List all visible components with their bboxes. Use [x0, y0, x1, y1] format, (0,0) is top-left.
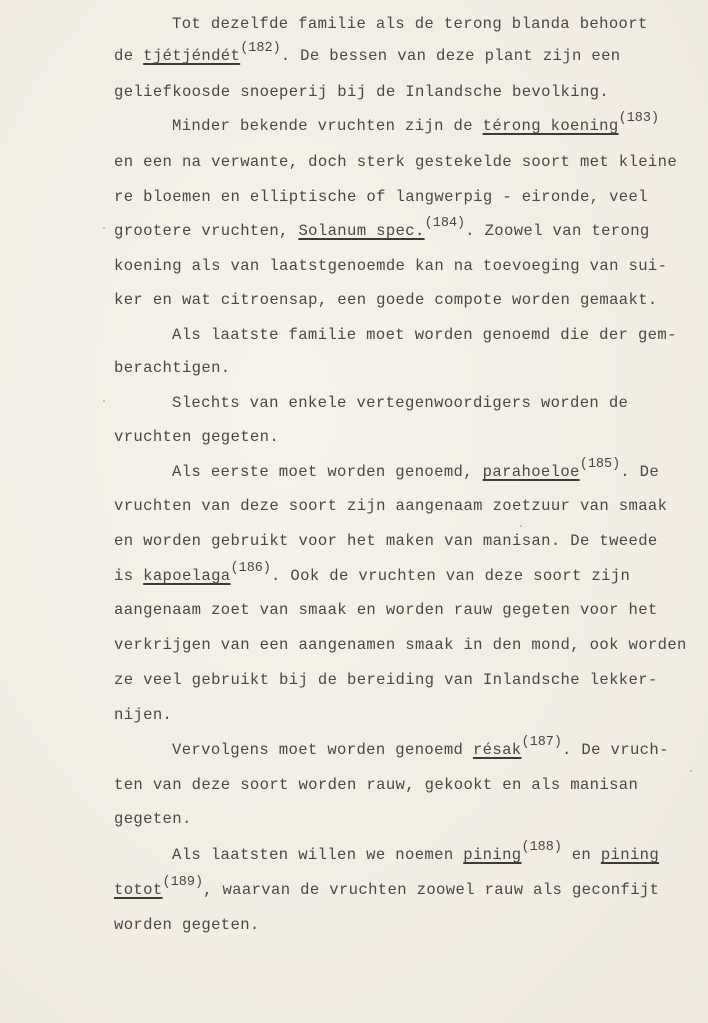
text-line: Als laatste familie moet worden genoemd … — [172, 325, 677, 345]
footnote-reference: (186) — [231, 561, 272, 576]
footnote-reference: (184) — [425, 216, 466, 231]
footnote-reference: (185) — [580, 457, 621, 472]
underlined-term: kapoelaga — [143, 567, 230, 585]
text-run: . De — [620, 463, 659, 481]
text-line: grootere vruchten, Solanum spec.(184). Z… — [114, 221, 650, 241]
text-line: ten van deze soort worden rauw, gekookt … — [114, 775, 638, 795]
text-line: Vervolgens moet worden genoemd résak(187… — [172, 740, 669, 760]
text-run: . De vruch- — [562, 741, 669, 759]
underlined-term: térong koening — [483, 117, 619, 135]
text-run: Slechts van enkele vertegenwoordigers wo… — [172, 394, 628, 412]
text-run: Als eerste moet worden genoemd, — [172, 463, 483, 481]
text-run: vruchten gegeten. — [114, 428, 279, 446]
typewritten-page: Tot dezelfde familie als de terong bland… — [0, 0, 708, 1023]
text-run: aangenaam zoet van smaak en worden rauw … — [114, 601, 658, 619]
text-line: geliefkoosde snoeperij bij de Inlandsche… — [114, 82, 609, 102]
text-run: ten van deze soort worden rauw, gekookt … — [114, 776, 638, 794]
paper-speck — [690, 770, 692, 772]
text-line: Minder bekende vruchten zijn de térong k… — [172, 116, 659, 136]
text-line: Als eerste moet worden genoemd, parahoel… — [172, 462, 659, 482]
text-line: vruchten van deze soort zijn aangenaam z… — [114, 496, 667, 516]
text-run: . De bessen van deze plant zijn een — [281, 47, 621, 65]
text-line: re bloemen en elliptische of langwerpig … — [114, 187, 648, 207]
text-line: Tot dezelfde familie als de terong bland… — [172, 14, 648, 34]
text-run: re bloemen en elliptische of langwerpig … — [114, 188, 648, 206]
footnote-reference: (183) — [619, 111, 660, 126]
footnote-reference: (188) — [521, 840, 562, 855]
text-run: Minder bekende vruchten zijn de — [172, 117, 483, 135]
text-run: is — [114, 567, 143, 585]
text-line: Als laatsten willen we noemen pining(188… — [172, 845, 659, 865]
text-line: gegeten. — [114, 809, 192, 829]
text-run: Als laatste familie moet worden genoemd … — [172, 326, 677, 344]
text-run: Vervolgens moet worden genoemd — [172, 741, 473, 759]
underlined-term: pining — [601, 846, 659, 864]
paper-speck — [103, 400, 105, 402]
text-run: en worden gebruikt voor het maken van ma… — [114, 532, 658, 550]
paper-speck — [103, 227, 105, 229]
text-run: en een na verwante, doch sterk gestekeld… — [114, 153, 677, 171]
text-run: gegeten. — [114, 810, 192, 828]
text-run: verkrijgen van een aangenamen smaak in d… — [114, 636, 687, 654]
text-line: de tjétjéndét(182). De bessen van deze p… — [114, 46, 621, 66]
text-line: Slechts van enkele vertegenwoordigers wo… — [172, 393, 628, 413]
text-run: ze veel gebruikt bij de bereiding van In… — [114, 671, 658, 689]
text-run: , waarvan de vruchten zoowel rauw als ge… — [203, 881, 659, 899]
text-line: en worden gebruikt voor het maken van ma… — [114, 531, 658, 551]
underlined-term: pining — [463, 846, 521, 864]
text-line: en een na verwante, doch sterk gestekeld… — [114, 152, 677, 172]
text-line: vruchten gegeten. — [114, 427, 279, 447]
text-line: nijen. — [114, 705, 172, 725]
text-run: koening als van laatstgenoemde kan na to… — [114, 257, 667, 275]
text-line: ze veel gebruikt bij de bereiding van In… — [114, 670, 658, 690]
footnote-reference: (189) — [163, 875, 204, 890]
text-line: koening als van laatstgenoemde kan na to… — [114, 256, 667, 276]
text-run: Als laatsten willen we noemen — [172, 846, 463, 864]
text-line: berachtigen. — [114, 358, 231, 378]
underlined-term: résak — [473, 741, 522, 759]
text-run: . Zoowel van terong — [465, 222, 649, 240]
text-line: ker en wat citroensap, een goede compote… — [114, 290, 658, 310]
underlined-term: parahoeloe — [483, 463, 580, 481]
text-line: worden gegeten. — [114, 915, 260, 935]
text-run: Tot dezelfde familie als de terong bland… — [172, 15, 648, 33]
text-run: grootere vruchten, — [114, 222, 298, 240]
text-line: aangenaam zoet van smaak en worden rauw … — [114, 600, 658, 620]
underlined-term: Solanum spec. — [298, 222, 424, 240]
text-run: . Ook de vruchten van deze soort zijn — [271, 567, 630, 585]
text-run: geliefkoosde snoeperij bij de Inlandsche… — [114, 83, 609, 101]
text-line: is kapoelaga(186). Ook de vruchten van d… — [114, 566, 630, 586]
underlined-term: totot — [114, 881, 163, 899]
paper-speck — [520, 525, 522, 527]
text-run: de — [114, 47, 143, 65]
text-run: nijen. — [114, 706, 172, 724]
text-line: totot(189), waarvan de vruchten zoowel r… — [114, 880, 659, 900]
text-run: ker en wat citroensap, een goede compote… — [114, 291, 658, 309]
text-run: worden gegeten. — [114, 916, 260, 934]
text-line: verkrijgen van een aangenamen smaak in d… — [114, 635, 687, 655]
text-run: en — [562, 846, 601, 864]
underlined-term: tjétjéndét — [143, 47, 240, 65]
text-run: vruchten van deze soort zijn aangenaam z… — [114, 497, 667, 515]
footnote-reference: (187) — [522, 735, 563, 750]
footnote-reference: (182) — [240, 41, 281, 56]
text-run: berachtigen. — [114, 359, 231, 377]
